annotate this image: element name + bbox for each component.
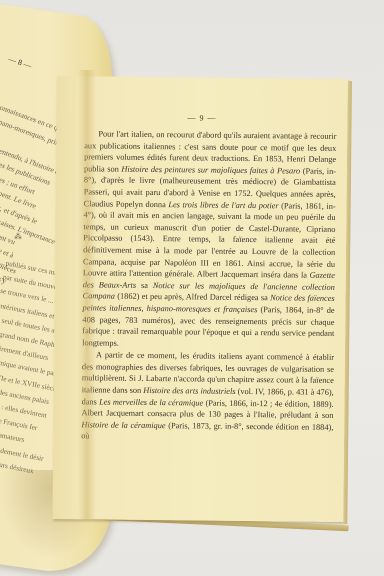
italic-title: Les trois libres de l'art du potier	[168, 200, 278, 210]
book-gutter	[78, 70, 96, 520]
italic-title: Histoire des arts industriels	[143, 386, 235, 396]
text-run: (1862) et peu après, Alfred Darcel rédig…	[115, 292, 270, 303]
text-run: (Paris, 1861, in-4°), où il avait mis en…	[83, 201, 336, 280]
right-page-body: Pour l'art italien, on recourut d'abord …	[81, 128, 336, 445]
right-page-number: — 9 —	[57, 112, 348, 124]
photo-scene: — 8 — connaissances en ce qui concerne l…	[0, 0, 384, 576]
right-page: — 9 — Pour l'art italien, on recourut d'…	[52, 76, 348, 522]
italic-title: Histoire des peintures sur majoliques fa…	[121, 164, 300, 175]
paragraph: Pour l'art italien, on recourut d'abord …	[82, 128, 336, 351]
text-run: sa	[136, 281, 153, 290]
italic-title: Les merveilles de la céramique	[99, 397, 203, 407]
paragraph: A partir de ce moment, les érudits itali…	[81, 350, 334, 445]
ornament-icon: ⁂	[14, 232, 22, 241]
